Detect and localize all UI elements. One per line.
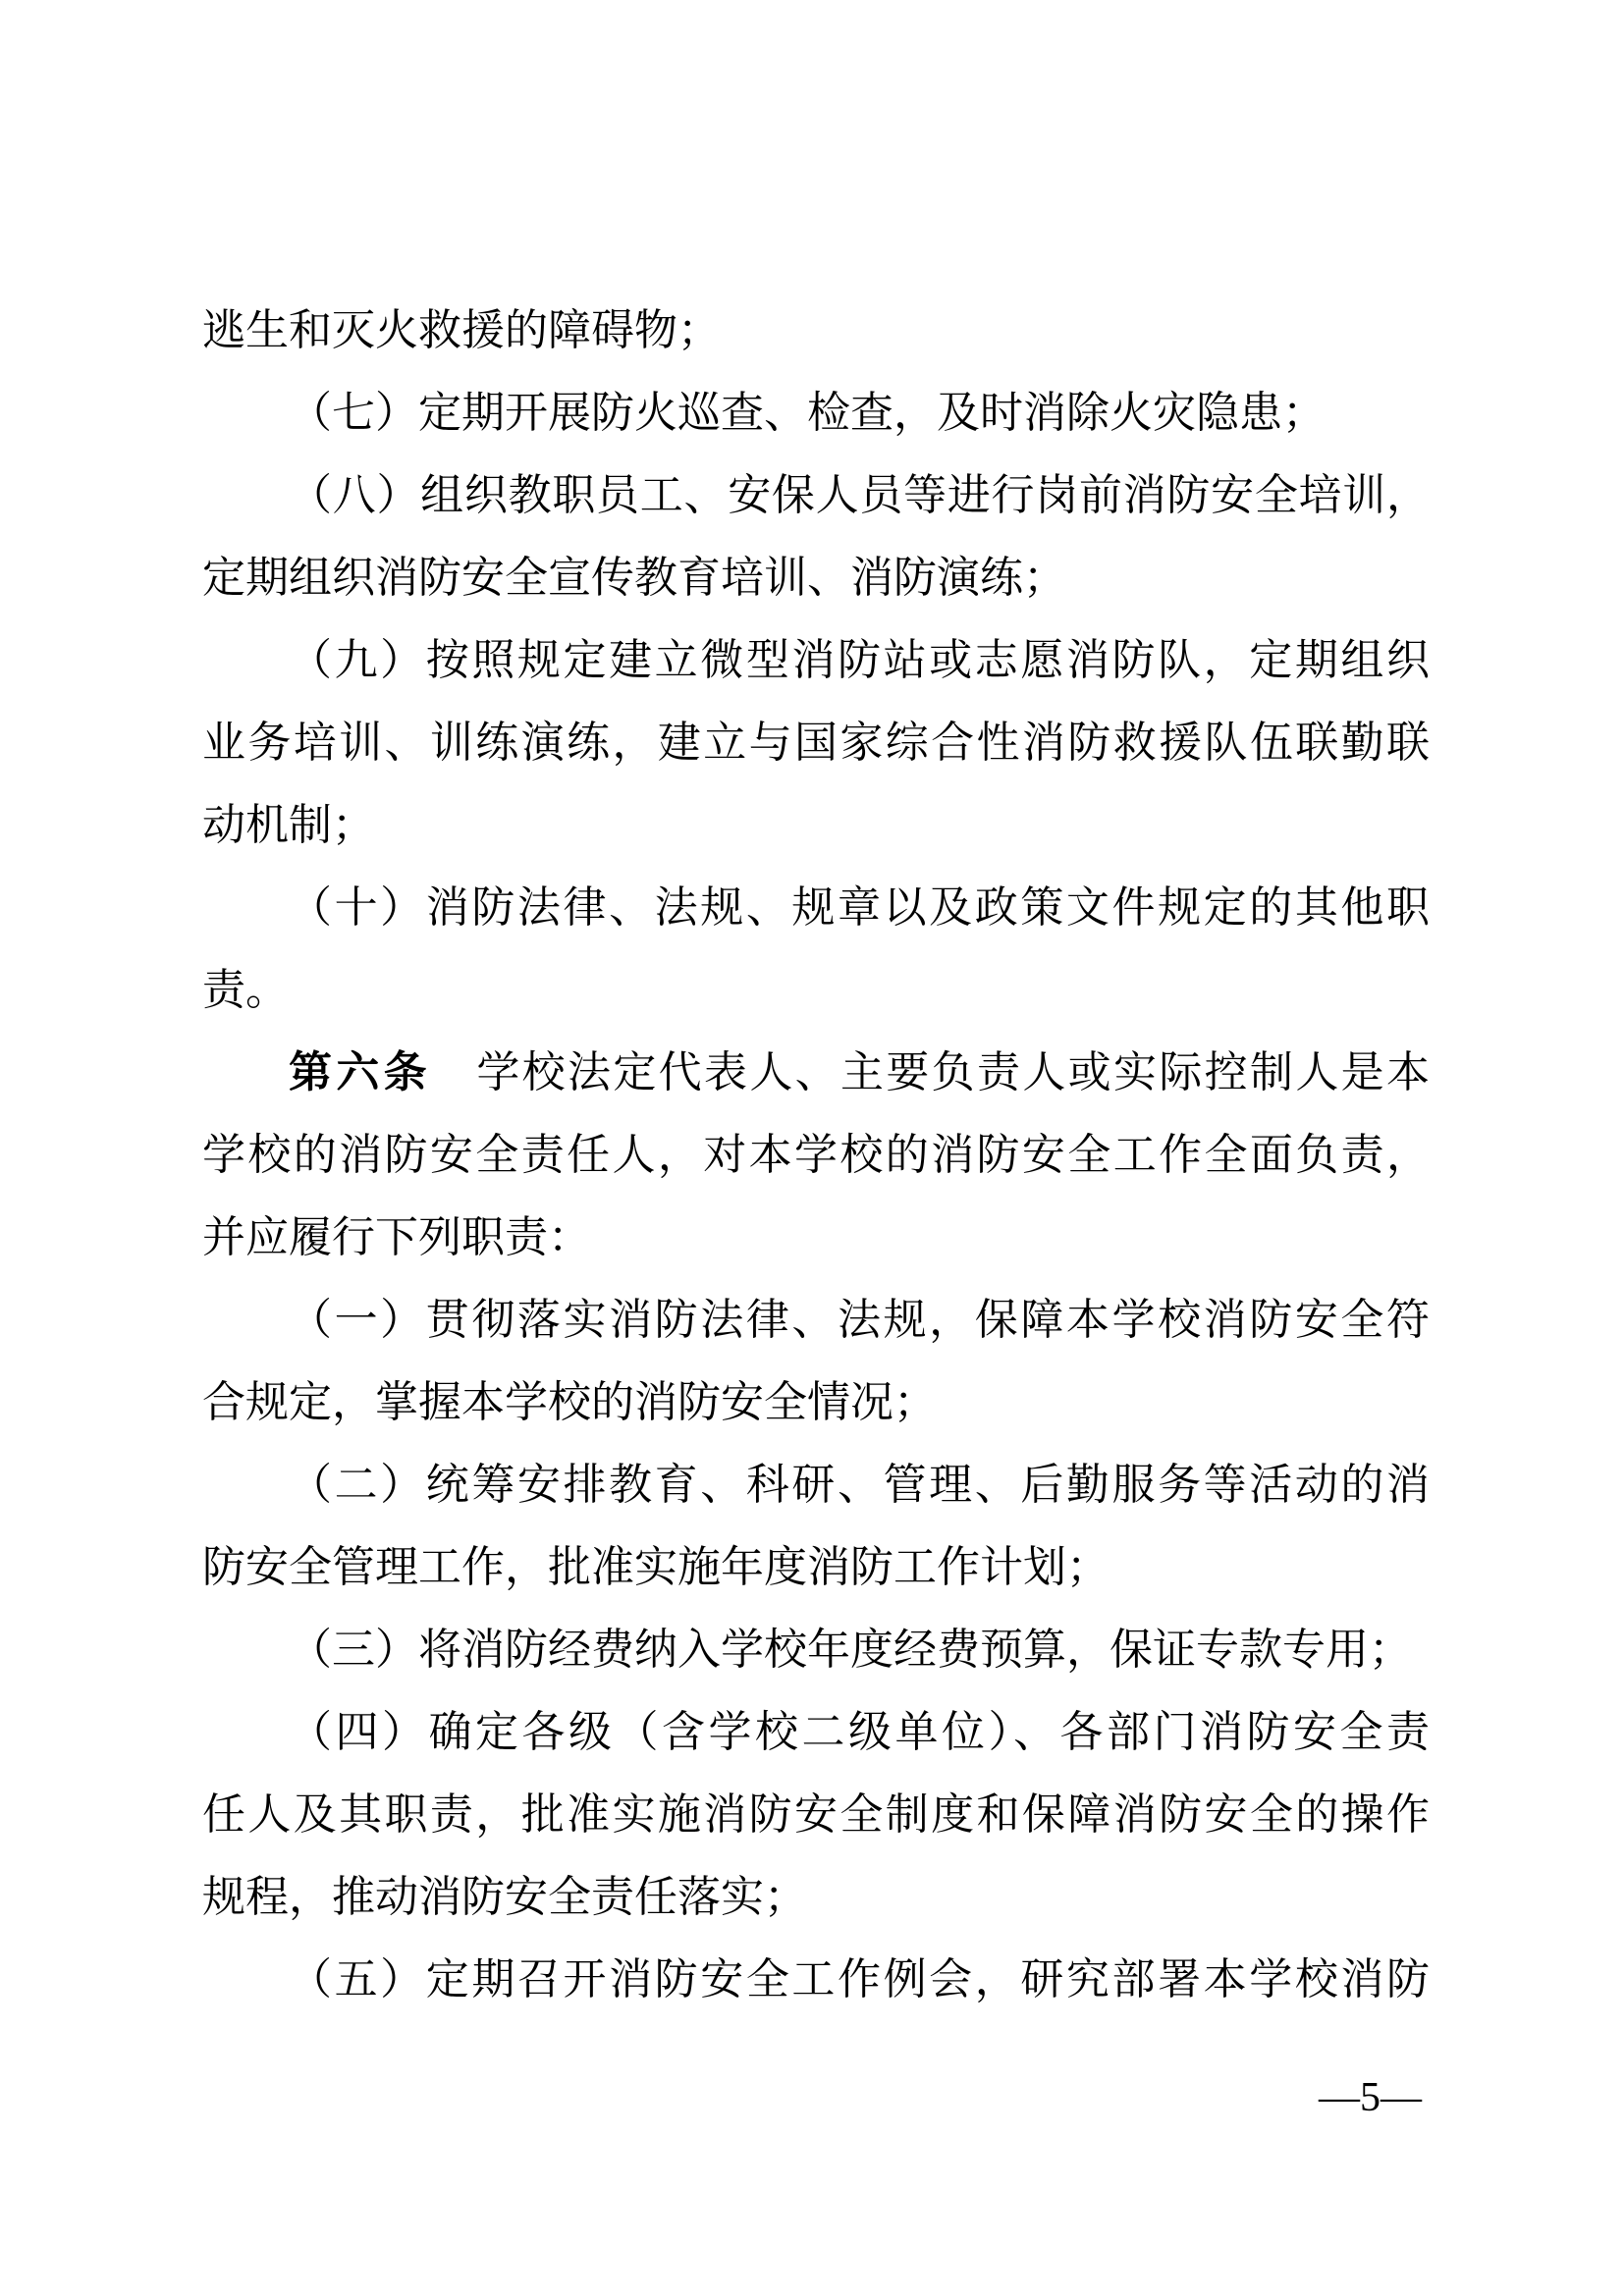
- page-number: —5—: [1319, 2073, 1422, 2122]
- text-line: 业务培训、训练演练，建立与国家综合性消防救援队伍联勤联: [202, 702, 1430, 784]
- text-line: 定期组织消防安全宣传教育培训、消防演练；: [202, 537, 1430, 619]
- text-line: 规程，推动消防安全责任落实；: [202, 1856, 1430, 1939]
- text-line: （三）将消防经费纳入学校年度经费预算，保证专款专用；: [202, 1609, 1430, 1691]
- text-line: 逃生和灭火救援的障碍物；: [202, 290, 1430, 372]
- text-line: 并应履行下列职责：: [202, 1197, 1430, 1279]
- text-line: 第六条 学校法定代表人、主要负责人或实际控制人是本: [202, 1032, 1430, 1114]
- text-line: 学校的消防安全责任人，对本学校的消防安全工作全面负责，: [202, 1114, 1430, 1197]
- text-line: 任人及其职责，批准实施消防安全制度和保障消防安全的操作: [202, 1774, 1430, 1856]
- text-line: 合规定，掌握本学校的消防安全情况；: [202, 1362, 1430, 1444]
- text-line: 动机制；: [202, 784, 1430, 867]
- text-line: （十）消防法律、法规、规章以及政策文件规定的其他职: [202, 867, 1430, 949]
- text-line: 防安全管理工作，批准实施年度消防工作计划；: [202, 1526, 1430, 1609]
- text-line: （五）定期召开消防安全工作例会，研究部署本学校消防: [202, 1939, 1430, 2021]
- text-line: （四）确定各级（含学校二级单位）、各部门消防安全责: [202, 1691, 1430, 1774]
- document-page: 逃生和灭火救援的障碍物；（七）定期开展防火巡查、检查，及时消除火灾隐患；（八）组…: [0, 0, 1624, 2296]
- text-line: （二）统筹安排教育、科研、管理、后勤服务等活动的消: [202, 1444, 1430, 1526]
- text-line: （七）定期开展防火巡查、检查，及时消除火灾隐患；: [202, 372, 1430, 454]
- text-line: （一）贯彻落实消防法律、法规，保障本学校消防安全符: [202, 1279, 1430, 1362]
- text-line: 责。: [202, 949, 1430, 1032]
- text-line: （八）组织教职员工、安保人员等进行岗前消防安全培训，: [202, 454, 1430, 537]
- document-body: 逃生和灭火救援的障碍物；（七）定期开展防火巡查、检查，及时消除火灾隐患；（八）组…: [202, 290, 1430, 2021]
- article-number-label: 第六条: [289, 1048, 431, 1096]
- text-line: （九）按照规定建立微型消防站或志愿消防队，定期组织: [202, 619, 1430, 702]
